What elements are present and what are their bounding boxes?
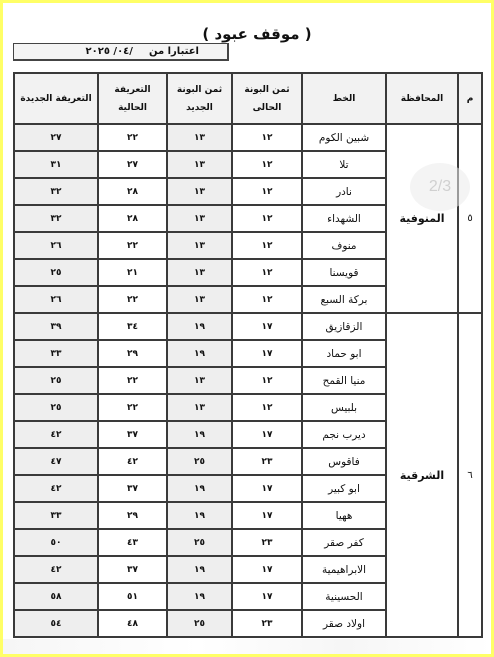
effective-date-value: /٠٤/ ٢٠٢٥ [86, 46, 133, 57]
header-index: م [458, 73, 482, 124]
line-cell: تلا [302, 151, 386, 178]
new-fare-cell: ٤٧ [14, 448, 98, 475]
table-row: ٥المنوفيةشبين الكوم١٢١٣٢٢٢٧ [14, 124, 482, 151]
current-fare-cell: ٢٢ [98, 286, 167, 313]
new-fare-cell: ٣٢ [14, 205, 98, 232]
new-fare-cell: ٥٨ [14, 583, 98, 610]
new-fare-cell: ٥٤ [14, 610, 98, 637]
new-coupon-cell: ١٩ [167, 556, 232, 583]
current-fare-cell: ٢٢ [98, 124, 167, 151]
page-indicator-badge: 2/3 [410, 163, 470, 211]
header-current-fare: التعريفة الحالية [98, 73, 167, 124]
governorate-cell: المنوفية [386, 124, 458, 313]
new-fare-cell: ٢٥ [14, 259, 98, 286]
table-row: ٦الشرقيةالزقازيق١٧١٩٣٤٣٩ [14, 313, 482, 340]
current-fare-cell: ٢٢ [98, 367, 167, 394]
current-fare-cell: ٤٣ [98, 529, 167, 556]
current-fare-cell: ٢٢ [98, 394, 167, 421]
effective-date-label: اعتبارا من [149, 46, 199, 57]
new-fare-cell: ٣٢ [14, 178, 98, 205]
new-coupon-cell: ٢٥ [167, 610, 232, 637]
new-coupon-cell: ١٣ [167, 232, 232, 259]
current-fare-cell: ٣٧ [98, 421, 167, 448]
new-coupon-cell: ١٩ [167, 475, 232, 502]
line-cell: ابو كبير [302, 475, 386, 502]
new-fare-cell: ٣٣ [14, 340, 98, 367]
current-coupon-cell: ١٢ [232, 124, 302, 151]
new-fare-cell: ٣١ [14, 151, 98, 178]
header-governorate: المحافظة [386, 73, 458, 124]
new-coupon-cell: ١٩ [167, 421, 232, 448]
current-coupon-cell: ١٢ [232, 178, 302, 205]
current-coupon-cell: ١٢ [232, 394, 302, 421]
current-coupon-cell: ١٧ [232, 421, 302, 448]
line-cell: شبين الكوم [302, 124, 386, 151]
new-fare-cell: ٤٢ [14, 475, 98, 502]
current-coupon-cell: ٢٣ [232, 610, 302, 637]
current-coupon-cell: ١٧ [232, 475, 302, 502]
current-coupon-cell: ١٧ [232, 556, 302, 583]
line-cell: بلبيس [302, 394, 386, 421]
line-cell: ابو حماد [302, 340, 386, 367]
line-cell: نادر [302, 178, 386, 205]
new-fare-cell: ٢٥ [14, 367, 98, 394]
new-fare-cell: ٤٢ [14, 556, 98, 583]
group-index: ٦ [458, 313, 482, 637]
header-new-coupon-price: ثمن البونة الجديد [167, 73, 232, 124]
new-coupon-cell: ١٣ [167, 151, 232, 178]
new-coupon-cell: ١٩ [167, 313, 232, 340]
current-coupon-cell: ٢٣ [232, 448, 302, 475]
line-cell: منوف [302, 232, 386, 259]
current-coupon-cell: ١٧ [232, 313, 302, 340]
line-cell: بركة السبع [302, 286, 386, 313]
bottom-fade [3, 639, 491, 654]
new-coupon-cell: ١٩ [167, 583, 232, 610]
current-fare-cell: ٢٩ [98, 340, 167, 367]
table-header-row: م المحافظة الخط ثمن البونة الحالى ثمن ال… [14, 73, 482, 124]
current-fare-cell: ٢٧ [98, 151, 167, 178]
line-cell: قويسنا [302, 259, 386, 286]
line-cell: الزقازيق [302, 313, 386, 340]
new-coupon-cell: ١٣ [167, 286, 232, 313]
current-coupon-cell: ١٢ [232, 205, 302, 232]
current-coupon-cell: ١٧ [232, 502, 302, 529]
current-fare-cell: ٣٤ [98, 313, 167, 340]
header-line: الخط [302, 73, 386, 124]
page-title: ( موقف عبود ) [3, 25, 491, 43]
line-cell: اولاد صقر [302, 610, 386, 637]
new-fare-cell: ٣٩ [14, 313, 98, 340]
line-cell: فاقوس [302, 448, 386, 475]
effective-date-box: اعتبارا من /٠٤/ ٢٠٢٥ [13, 43, 229, 61]
current-fare-cell: ٤٢ [98, 448, 167, 475]
new-fare-cell: ٣٣ [14, 502, 98, 529]
current-fare-cell: ٣٧ [98, 475, 167, 502]
new-coupon-cell: ١٣ [167, 367, 232, 394]
current-coupon-cell: ١٢ [232, 367, 302, 394]
current-fare-cell: ٥١ [98, 583, 167, 610]
current-coupon-cell: ٢٣ [232, 529, 302, 556]
line-cell: ديرب نجم [302, 421, 386, 448]
new-coupon-cell: ١٣ [167, 394, 232, 421]
table-body: ٥المنوفيةشبين الكوم١٢١٣٢٢٢٧تلا١٢١٣٢٧٣١نا… [14, 124, 482, 637]
current-coupon-cell: ١٢ [232, 259, 302, 286]
line-cell: منيا القمح [302, 367, 386, 394]
new-fare-cell: ٢٦ [14, 232, 98, 259]
new-fare-cell: ٢٥ [14, 394, 98, 421]
current-fare-cell: ٢٨ [98, 205, 167, 232]
new-coupon-cell: ٢٥ [167, 529, 232, 556]
new-coupon-cell: ١٩ [167, 502, 232, 529]
current-coupon-cell: ١٢ [232, 151, 302, 178]
current-fare-cell: ٤٨ [98, 610, 167, 637]
header-new-fare: التعريفة الجديدة [14, 73, 98, 124]
line-cell: كفر صقر [302, 529, 386, 556]
new-coupon-cell: ١٩ [167, 340, 232, 367]
governorate-cell: الشرقية [386, 313, 458, 637]
document-page: ( موقف عبود ) اعتبارا من /٠٤/ ٢٠٢٥ م الم… [3, 3, 491, 654]
new-fare-cell: ٥٠ [14, 529, 98, 556]
current-coupon-cell: ١٢ [232, 232, 302, 259]
new-fare-cell: ٢٦ [14, 286, 98, 313]
new-fare-cell: ٤٢ [14, 421, 98, 448]
current-fare-cell: ٢١ [98, 259, 167, 286]
new-coupon-cell: ١٣ [167, 124, 232, 151]
current-coupon-cell: ١٧ [232, 583, 302, 610]
current-coupon-cell: ١٢ [232, 286, 302, 313]
line-cell: الابراهيمية [302, 556, 386, 583]
new-coupon-cell: ١٣ [167, 205, 232, 232]
current-fare-cell: ٢٨ [98, 178, 167, 205]
header-current-coupon-price: ثمن البونة الحالى [232, 73, 302, 124]
current-fare-cell: ٣٧ [98, 556, 167, 583]
new-coupon-cell: ٢٥ [167, 448, 232, 475]
current-coupon-cell: ١٧ [232, 340, 302, 367]
new-coupon-cell: ١٣ [167, 178, 232, 205]
line-cell: ههيا [302, 502, 386, 529]
current-fare-cell: ٢٢ [98, 232, 167, 259]
fare-table: م المحافظة الخط ثمن البونة الحالى ثمن ال… [13, 72, 483, 638]
new-coupon-cell: ١٣ [167, 259, 232, 286]
new-fare-cell: ٢٧ [14, 124, 98, 151]
current-fare-cell: ٢٩ [98, 502, 167, 529]
group-index: ٥ [458, 124, 482, 313]
line-cell: الحسينية [302, 583, 386, 610]
line-cell: الشهداء [302, 205, 386, 232]
